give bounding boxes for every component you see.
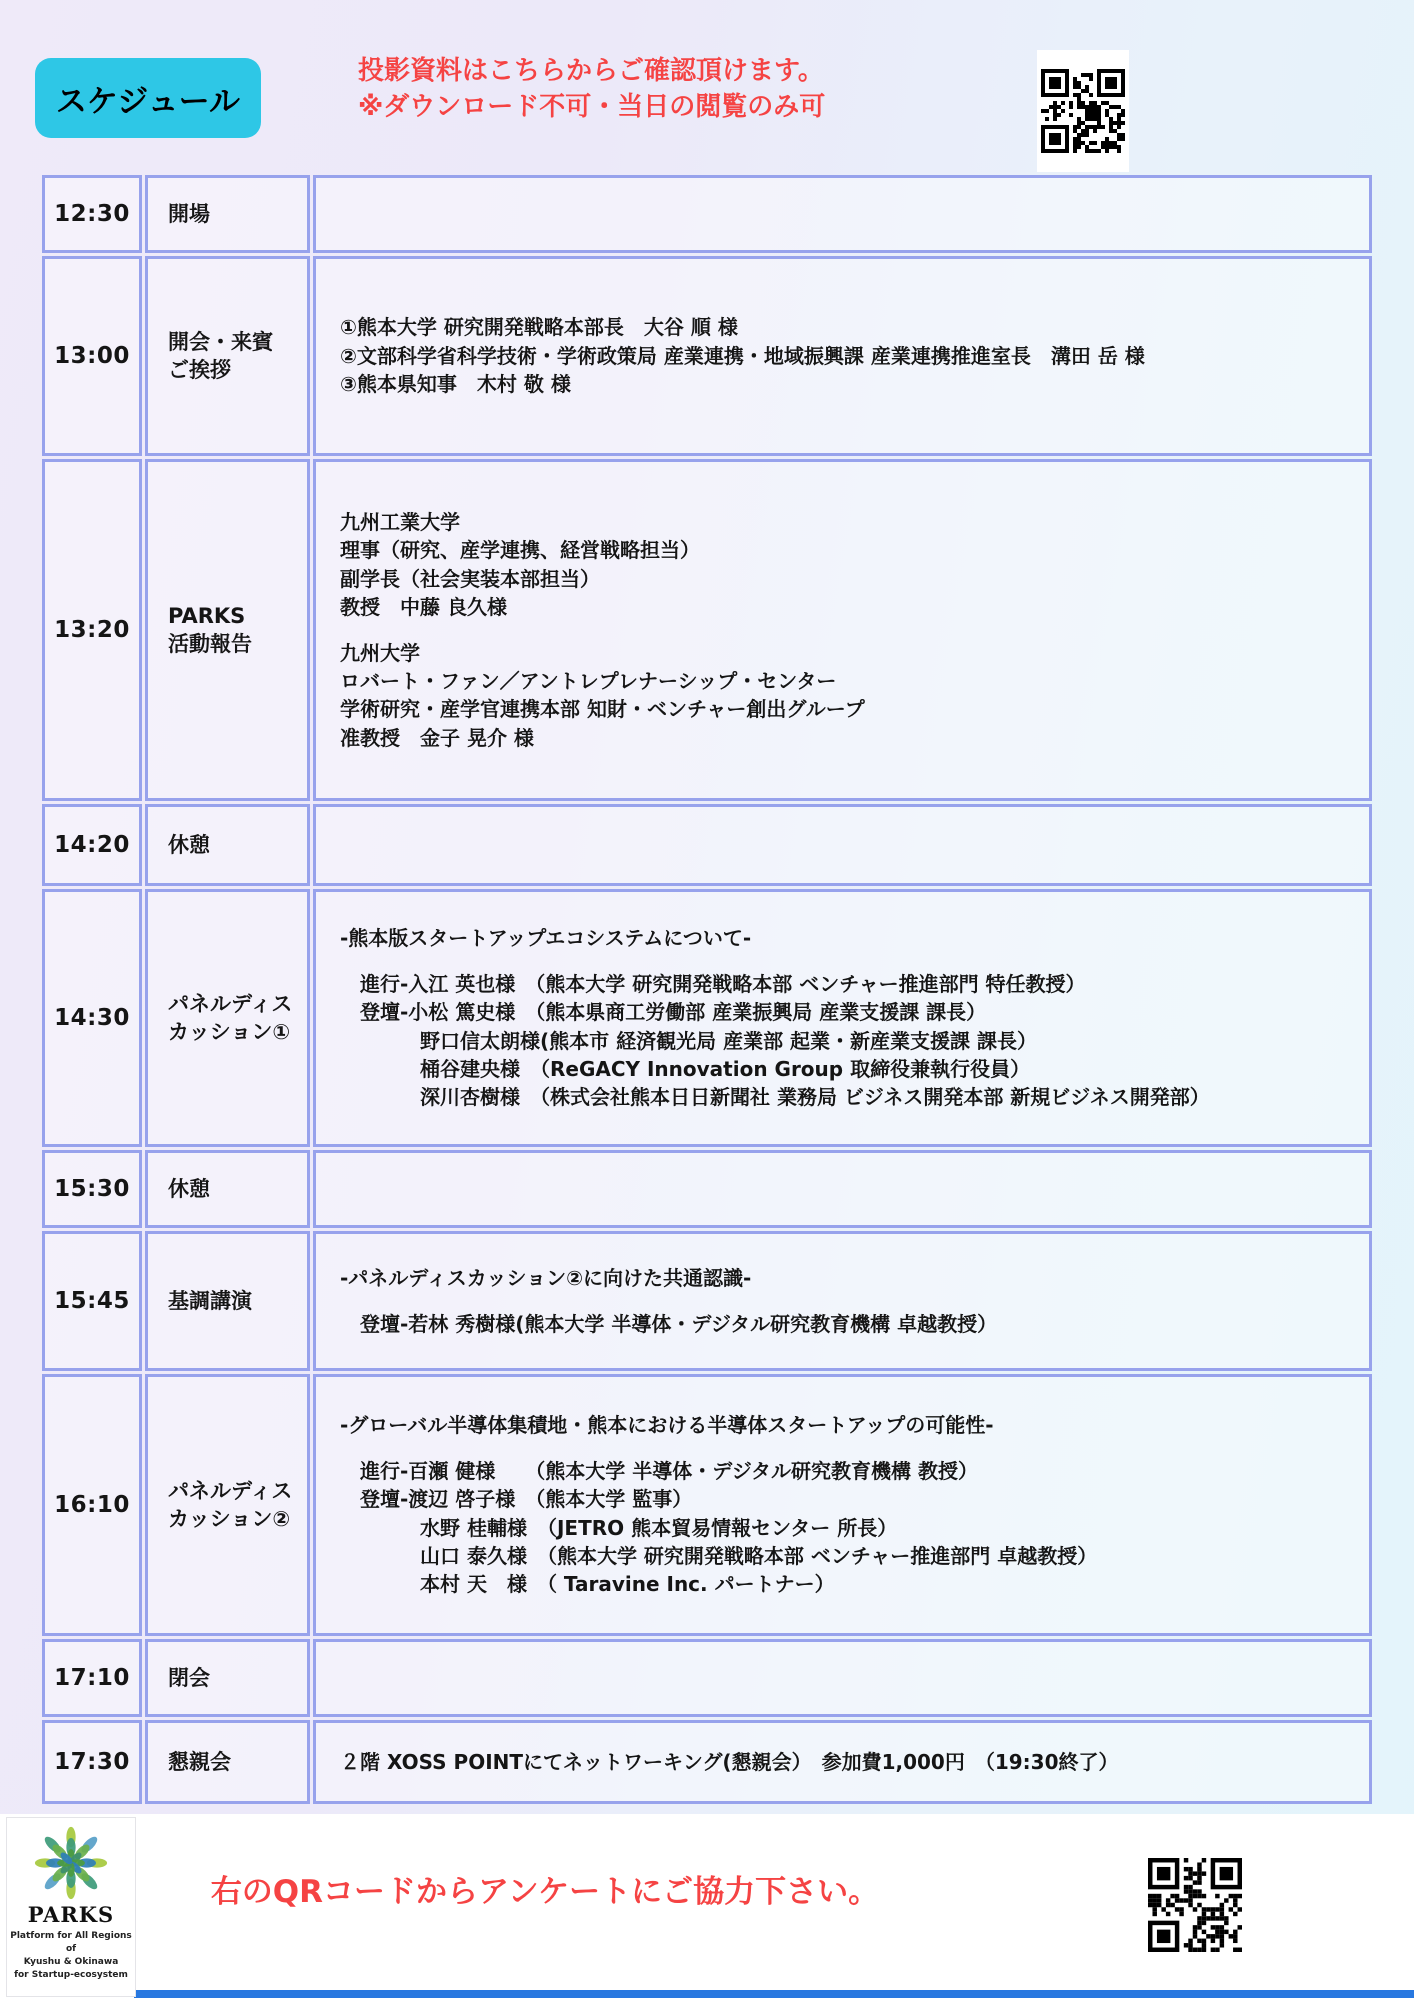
flyer-page: スケジュール 投影資料はこちらからご確認頂けます。 ※ダウンロード不可・当日の閲… bbox=[0, 0, 1414, 2000]
session-detail-cell: 九州工業大学理事（研究、産学連携、経営戦略担当）副学長（社会実装本部担当）教授 … bbox=[313, 459, 1372, 801]
session-title-cell: 基調講演 bbox=[145, 1231, 310, 1371]
time-cell: 14:30 bbox=[42, 889, 142, 1147]
qr-code-icon bbox=[1148, 1858, 1242, 1952]
session-title-cell: 開会・来賓ご挨拶 bbox=[145, 256, 310, 456]
parks-logo: PARKS Platform for All Regions of Kyushu… bbox=[6, 1817, 136, 1997]
flower-logo-icon bbox=[34, 1826, 108, 1900]
time-cell: 12:30 bbox=[42, 175, 142, 253]
session-title-cell: 休憩 bbox=[145, 1150, 310, 1228]
qr-code-icon bbox=[1037, 50, 1129, 172]
qr-code-icon bbox=[1041, 69, 1125, 153]
session-detail-cell: ２階 XOSS POINTにてネットワーキング(懇親会） 参加費1,000円 （… bbox=[313, 1720, 1372, 1804]
time-cell: 13:20 bbox=[42, 459, 142, 801]
parks-logo-name: PARKS bbox=[28, 1902, 114, 1927]
footer-accent-bar bbox=[134, 1990, 1414, 1998]
schedule-row: 17:30懇親会２階 XOSS POINTにてネットワーキング(懇親会） 参加費… bbox=[42, 1720, 1372, 1804]
time-cell: 16:10 bbox=[42, 1374, 142, 1636]
projection-notice: 投影資料はこちらからご確認頂けます。 ※ダウンロード不可・当日の閲覧のみ可 bbox=[358, 53, 825, 126]
schedule-row: 17:10閉会 bbox=[42, 1639, 1372, 1717]
schedule-row: 13:20PARKS活動報告九州工業大学理事（研究、産学連携、経営戦略担当）副学… bbox=[42, 459, 1372, 801]
session-detail-cell bbox=[313, 175, 1372, 253]
session-title-cell: PARKS活動報告 bbox=[145, 459, 310, 801]
time-cell: 14:20 bbox=[42, 804, 142, 886]
session-detail-cell: -パネルディスカッション②に向けた共通認識- 登壇-若林 秀樹様(熊本大学 半導… bbox=[313, 1231, 1372, 1371]
survey-text: 右のQRコードからアンケートにご協力下さい。 bbox=[150, 1866, 940, 1911]
notice-line-2: ※ダウンロード不可・当日の閲覧のみ可 bbox=[358, 89, 825, 125]
schedule-badge: スケジュール bbox=[35, 58, 261, 138]
session-title-cell: パネルディスカッション① bbox=[145, 889, 310, 1147]
schedule-row: 15:45基調講演-パネルディスカッション②に向けた共通認識- 登壇-若林 秀樹… bbox=[42, 1231, 1372, 1371]
session-detail-cell bbox=[313, 804, 1372, 886]
time-cell: 15:45 bbox=[42, 1231, 142, 1371]
session-detail-cell: -熊本版スタートアップエコシステムについて- 進行-入江 英也様 （熊本大学 研… bbox=[313, 889, 1372, 1147]
schedule-table: 12:30開場13:00開会・来賓ご挨拶①熊本大学 研究開発戦略本部長 大谷 順… bbox=[42, 175, 1372, 1807]
time-cell: 15:30 bbox=[42, 1150, 142, 1228]
session-detail-cell bbox=[313, 1150, 1372, 1228]
qr-code-icon bbox=[1146, 1848, 1244, 1962]
schedule-row: 15:30休憩 bbox=[42, 1150, 1372, 1228]
session-title-cell: 開場 bbox=[145, 175, 310, 253]
time-cell: 13:00 bbox=[42, 256, 142, 456]
session-title-cell: 休憩 bbox=[145, 804, 310, 886]
time-cell: 17:10 bbox=[42, 1639, 142, 1717]
schedule-row: 14:20休憩 bbox=[42, 804, 1372, 886]
session-detail-cell: -グローバル半導体集積地・熊本における半導体スタートアップの可能性- 進行-百瀬… bbox=[313, 1374, 1372, 1636]
time-cell: 17:30 bbox=[42, 1720, 142, 1804]
session-title-cell: 閉会 bbox=[145, 1639, 310, 1717]
session-detail-cell: ①熊本大学 研究開発戦略本部長 大谷 順 様②文部科学省科学技術・学術政策局 産… bbox=[313, 256, 1372, 456]
schedule-row: 13:00開会・来賓ご挨拶①熊本大学 研究開発戦略本部長 大谷 順 様②文部科学… bbox=[42, 256, 1372, 456]
parks-logo-tagline: Platform for All Regions of Kyushu & Oki… bbox=[7, 1930, 135, 1982]
session-title-cell: パネルディスカッション② bbox=[145, 1374, 310, 1636]
schedule-row: 16:10パネルディスカッション②-グローバル半導体集積地・熊本における半導体ス… bbox=[42, 1374, 1372, 1636]
schedule-row: 14:30パネルディスカッション①-熊本版スタートアップエコシステムについて- … bbox=[42, 889, 1372, 1147]
session-title-cell: 懇親会 bbox=[145, 1720, 310, 1804]
schedule-row: 12:30開場 bbox=[42, 175, 1372, 253]
notice-line-1: 投影資料はこちらからご確認頂けます。 bbox=[358, 53, 825, 89]
session-detail-cell bbox=[313, 1639, 1372, 1717]
